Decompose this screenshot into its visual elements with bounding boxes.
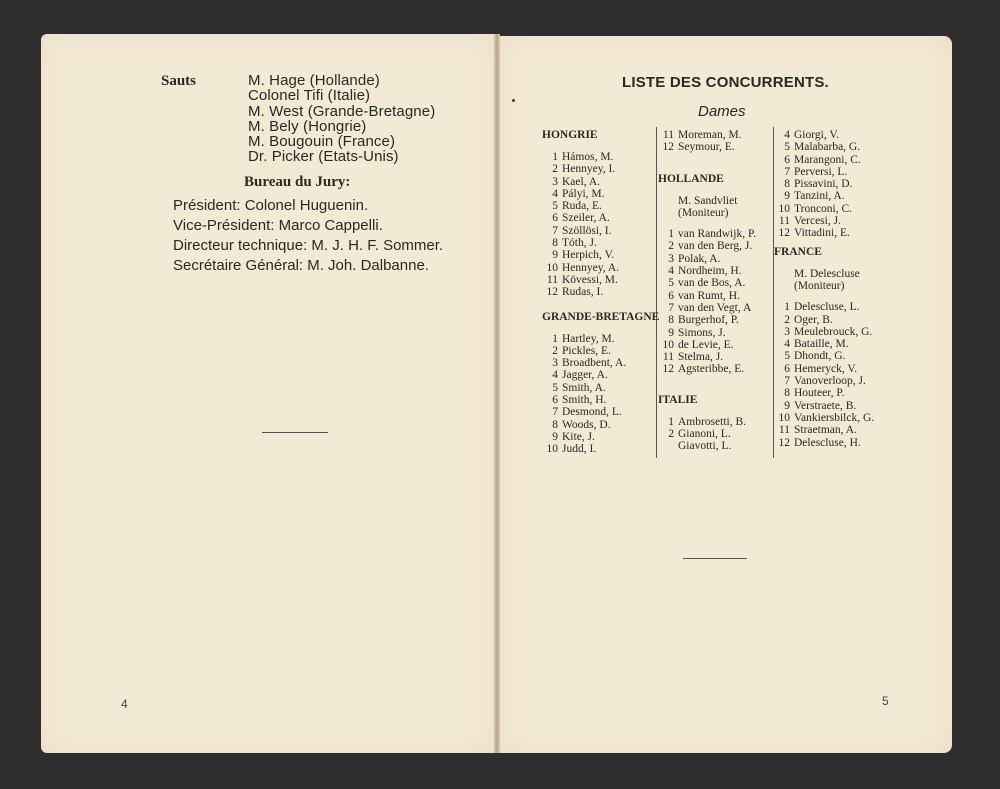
list-item: 1Hartley, M. [542,333,659,345]
bureau-line: Directeur technique: M. J. H. F. Sommer. [173,236,443,256]
list-item: 12Rudas, I. [542,286,659,298]
list-item: 12Delescluse, H. [774,437,874,449]
list-item: 8Tóth, J. [542,237,659,249]
country-heading-hollande: HOLLANDE [658,173,756,187]
list-item: 4Giorgi, V. [774,129,874,141]
bureau-line: Secrétaire Général: M. Joh. Dalbanne. [173,256,443,276]
bureau-line: Vice-Président: Marco Cappelli. [173,216,443,236]
list-item: 2Oger, B. [774,314,874,326]
list-item: 8Houteer, P. [774,387,874,399]
list-item: 2Gianoni, L. [658,428,756,440]
judge-line: M. Bougouin (France) [248,134,435,149]
list-item: 5Ruda, E. [542,200,659,212]
list-item: 2van den Berg, J. [658,240,756,252]
list-item: 9Tanzini, A. [774,190,874,202]
list-item: 9Kite, J. [542,431,659,443]
list-item: 6Smith, H. [542,394,659,406]
list-item: 1Hámos, M. [542,151,659,163]
judge-line: Colonel Tifi (Italie) [248,88,435,103]
list-item: 3Meulebrouck, G. [774,326,874,338]
list-item: 6Marangoni, C. [774,154,874,166]
list-item: 6Hemeryck, V. [774,363,874,375]
list-item: 5van de Bos, A. [658,277,756,289]
list-item: 11Stelma, J. [658,351,756,363]
sauts-label: Sauts [161,73,196,90]
list-item: 11Vercesi, J. [774,215,874,227]
list-item: 4Pályi, M. [542,188,659,200]
divider-rule [683,558,747,559]
list-item: Giavotti, L. [658,440,756,452]
judge-line: Dr. Picker (Etats-Unis) [248,149,435,164]
monitor-role: (Moniteur) [658,207,756,219]
judge-line: M. West (Grande-Bretagne) [248,104,435,119]
list-item: 5Dhondt, G. [774,350,874,362]
paper-spot [512,99,515,102]
bureau-title: Bureau du Jury: [244,174,350,191]
bureau-list: Président: Colonel Huguenin. Vice-Présid… [173,196,443,276]
list-item: 12Agsteribbe, E. [658,363,756,375]
sauts-judges-list: M. Hage (Hollande) Colonel Tifi (Italie)… [248,73,435,165]
list-item: 10de Levie, E. [658,339,756,351]
list-item: 11Kövessi, M. [542,274,659,286]
bureau-line: Président: Colonel Huguenin. [173,196,443,216]
list-item: 10Hennyey, A. [542,262,659,274]
list-item: 3Polak, A. [658,253,756,265]
list-item: 4Bataille, M. [774,338,874,350]
list-item: 6van Rumt, H. [658,290,756,302]
judge-line: M. Hage (Hollande) [248,73,435,88]
list-item: 8Woods, D. [542,419,659,431]
country-heading-italie: ITALIE [658,394,756,408]
column-2: 11Moreman, M. 12Seymour, E. HOLLANDE M. … [658,129,756,453]
list-item: 1Delescluse, L. [774,301,874,313]
monitor-role: (Moniteur) [774,280,874,292]
column-3: 4Giorgi, V. 5Malabarba, G. 6Marangoni, C… [774,129,874,449]
list-item: 12Seymour, E. [658,141,756,153]
page-title: LISTE DES CONCURRENTS. [622,74,829,91]
column-1: HONGRIE 1Hámos, M. 2Hennyey, I. 3Kael, A… [542,129,659,456]
list-item: 2Pickles, E. [542,345,659,357]
list-item: 8Pissavini, D. [774,178,874,190]
list-item: 1Ambrosetti, B. [658,416,756,428]
list-item: 7Vanoverloop, J. [774,375,874,387]
monitor-name: M. Sandvliet [658,195,756,207]
page-number-right: 5 [882,694,889,708]
list-item: 10Vankiersbilck, G. [774,412,874,424]
list-item: 6Szeiler, A. [542,212,659,224]
monitor-name: M. Delescluse [774,268,874,280]
list-item: 3Broadbent, A. [542,357,659,369]
divider-rule [262,432,328,433]
country-heading-hongrie: HONGRIE [542,129,659,143]
list-item: 10Tronconi, C. [774,203,874,215]
page-number-left: 4 [121,697,128,711]
list-item: 4Jagger, A. [542,369,659,381]
list-item: 5Smith, A. [542,382,659,394]
list-item: 12Vittadini, E. [774,227,874,239]
list-item: 7van den Vegt, A [658,302,756,314]
list-item: 9Simons, J. [658,327,756,339]
list-item: 9Herpich, V. [542,249,659,261]
section-subtitle: Dames [698,103,746,120]
list-item: 7Perversi, L. [774,166,874,178]
list-item: 5Malabarba, G. [774,141,874,153]
list-item: 1van Randwijk, P. [658,228,756,240]
list-item: 3Kael, A. [542,176,659,188]
list-item: 9Verstraete, B. [774,400,874,412]
list-item: 11Straetman, A. [774,424,874,436]
list-item: 10Judd, I. [542,443,659,455]
country-heading-grande-bretagne: GRANDE-BRETAGNE [542,311,659,325]
country-heading-france: FRANCE [774,246,874,260]
list-item: 4Nordheim, H. [658,265,756,277]
list-item: 11Moreman, M. [658,129,756,141]
list-item: 2Hennyey, I. [542,163,659,175]
judge-line: M. Bely (Hongrie) [248,119,435,134]
list-item: 8Burgerhof, P. [658,314,756,326]
list-item: 7Desmond, L. [542,406,659,418]
list-item: 7Szöllösi, I. [542,225,659,237]
